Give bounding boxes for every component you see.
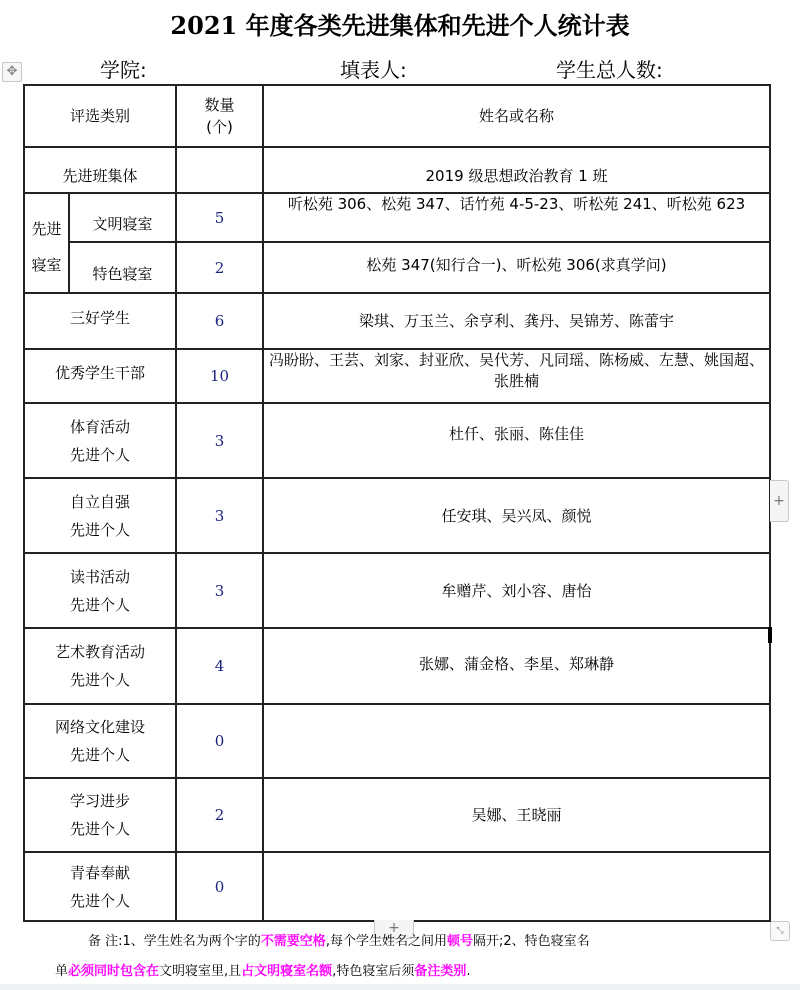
row-count[interactable]: 6 [176,293,263,349]
table-row: 优秀学生干部 10 冯盼盼、王芸、刘家、封亚欣、吴代芳、凡同瑶、陈杨威、左慧、姚… [24,349,770,403]
row-category[interactable]: 先进班集体 [24,147,176,193]
group-line2: 寝室 [25,243,68,287]
document-title: 2021 年度各类先进集体和先进个人统计表 [0,6,800,41]
row-category[interactable]: 青春奉献 先进个人 [24,852,176,921]
row-names[interactable]: 冯盼盼、王芸、刘家、封亚欣、吴代芳、凡同瑶、陈杨威、左慧、姚国超、张胜楠 [263,349,770,403]
note-text: . [466,964,470,979]
row-count[interactable]: 10 [176,349,263,403]
add-column-button[interactable]: + [770,480,789,522]
row-names[interactable]: 松苑 347(知行合一)、听松苑 306(求真学问) [263,242,770,293]
row-count[interactable]: 2 [176,778,263,852]
row-names[interactable]: 张娜、蒲金格、李星、郑琳静 [263,628,770,704]
row-names[interactable]: 杜仟、张丽、陈佳佳 [263,403,770,478]
header-names: 姓名或名称 [263,85,770,147]
category-line2: 先进个人 [29,887,171,915]
table-row: 青春奉献 先进个人 0 [24,852,770,921]
table-row: 网络文化建设 先进个人 0 [24,704,770,778]
note-highlight: 不需要空格 [261,934,326,949]
category-line2: 先进个人 [29,441,171,469]
row-names[interactable] [263,704,770,778]
row-category[interactable]: 文明寝室 [69,193,176,242]
table-header-row: 评选类别 数量 (个) 姓名或名称 [24,85,770,147]
table-row: 先进班集体 2019 级思想政治教育 1 班 [24,147,770,193]
filler-label: 填表人: [340,54,407,83]
category-line2: 先进个人 [29,741,171,769]
category-line1: 网络文化建设 [29,713,171,741]
note-text: 隔开;2、特色寝室名 [473,934,590,949]
row-group-dorm[interactable]: 先进 寝室 [24,193,69,293]
row-category[interactable]: 学习进步 先进个人 [24,778,176,852]
row-count[interactable]: 4 [176,628,263,704]
table-row: 艺术教育活动 先进个人 4 张娜、蒲金格、李星、郑琳静 [24,628,770,704]
row-names[interactable]: 吴娜、王晓丽 [263,778,770,852]
row-count[interactable]: 0 [176,704,263,778]
category-line2: 先进个人 [29,516,171,544]
table-row: 自立自强 先进个人 3 任安琪、吴兴凤、颜悦 [24,478,770,553]
row-count[interactable]: 3 [176,553,263,628]
row-names[interactable]: 听松苑 306、松苑 347、话竹苑 4-5-23、听松苑 241、听松苑 62… [263,193,770,242]
table-row: 特色寝室 2 松苑 347(知行合一)、听松苑 306(求真学问) [24,242,770,293]
row-count[interactable]: 3 [176,403,263,478]
category-line1: 艺术教育活动 [29,638,171,666]
row-category[interactable]: 自立自强 先进个人 [24,478,176,553]
row-names[interactable]: 2019 级思想政治教育 1 班 [263,147,770,193]
header-category: 评选类别 [24,85,176,147]
statistics-table: 评选类别 数量 (个) 姓名或名称 先进班集体 2019 级思想政治教育 1 班… [23,84,771,922]
total-students-label: 学生总人数: [556,54,663,83]
row-category[interactable]: 优秀学生干部 [24,349,176,403]
category-line1: 体育活动 [29,413,171,441]
row-category[interactable]: 体育活动 先进个人 [24,403,176,478]
note-line2: 单必须同时包含在文明寝室里,且占文明寝室名额,特色寝室后须备注类别. [0,960,800,979]
bottom-scroll-area [0,984,800,990]
table-row: 三好学生 6 梁琪、万玉兰、余亨利、龚丹、吴锦芳、陈蕾宇 [24,293,770,349]
note-highlight: 顿号 [447,934,473,949]
category-line2: 先进个人 [29,591,171,619]
category-line1: 学习进步 [29,787,171,815]
row-category[interactable]: 特色寝室 [69,242,176,293]
row-category[interactable]: 三好学生 [24,293,176,349]
header-count: 数量 (个) [176,85,263,147]
group-line1: 先进 [25,199,68,243]
row-category[interactable]: 网络文化建设 先进个人 [24,704,176,778]
row-count[interactable]: 2 [176,242,263,293]
category-line1: 读书活动 [29,563,171,591]
note-text: ,特色寝室后须 [332,964,414,979]
header-count-line1: 数量 [181,94,258,116]
row-names[interactable]: 任安琪、吴兴凤、颜悦 [263,478,770,553]
table-row: 学习进步 先进个人 2 吴娜、王晓丽 [24,778,770,852]
category-line2: 先进个人 [29,666,171,694]
table-move-handle-icon[interactable]: ✥ [2,62,22,82]
row-count[interactable] [176,147,263,193]
table-row: 读书活动 先进个人 3 牟赠芹、刘小容、唐怡 [24,553,770,628]
row-count[interactable]: 5 [176,193,263,242]
table-row: 先进 寝室 文明寝室 5 听松苑 306、松苑 347、话竹苑 4-5-23、听… [24,193,770,242]
row-names[interactable]: 牟赠芹、刘小容、唐怡 [263,553,770,628]
text-cursor [768,627,772,643]
college-label: 学院: [100,54,147,83]
row-category[interactable]: 读书活动 先进个人 [24,553,176,628]
row-category[interactable]: 艺术教育活动 先进个人 [24,628,176,704]
category-line1: 自立自强 [29,488,171,516]
note-text: 单 [55,964,68,979]
category-line2: 先进个人 [29,815,171,843]
note-highlight: 必须同时包含在 [68,964,159,979]
category-line1: 青春奉献 [29,859,171,887]
row-count[interactable]: 3 [176,478,263,553]
note-text: 文明寝室里,且 [159,964,241,979]
note-highlight: 占文明寝室名额 [241,964,332,979]
row-names[interactable] [263,852,770,921]
note-text: ,每个学生姓名之间用 [326,934,447,949]
note-text: 备 注:1、学生姓名为两个字的 [88,934,261,949]
note-line1: 备 注:1、学生姓名为两个字的不需要空格,每个学生姓名之间用顿号隔开;2、特色寝… [0,930,800,949]
row-count[interactable]: 0 [176,852,263,921]
note-highlight: 备注类别 [414,964,466,979]
table-row: 体育活动 先进个人 3 杜仟、张丽、陈佳佳 [24,403,770,478]
row-names[interactable]: 梁琪、万玉兰、余亨利、龚丹、吴锦芳、陈蕾宇 [263,293,770,349]
header-count-line2: (个) [181,116,258,138]
